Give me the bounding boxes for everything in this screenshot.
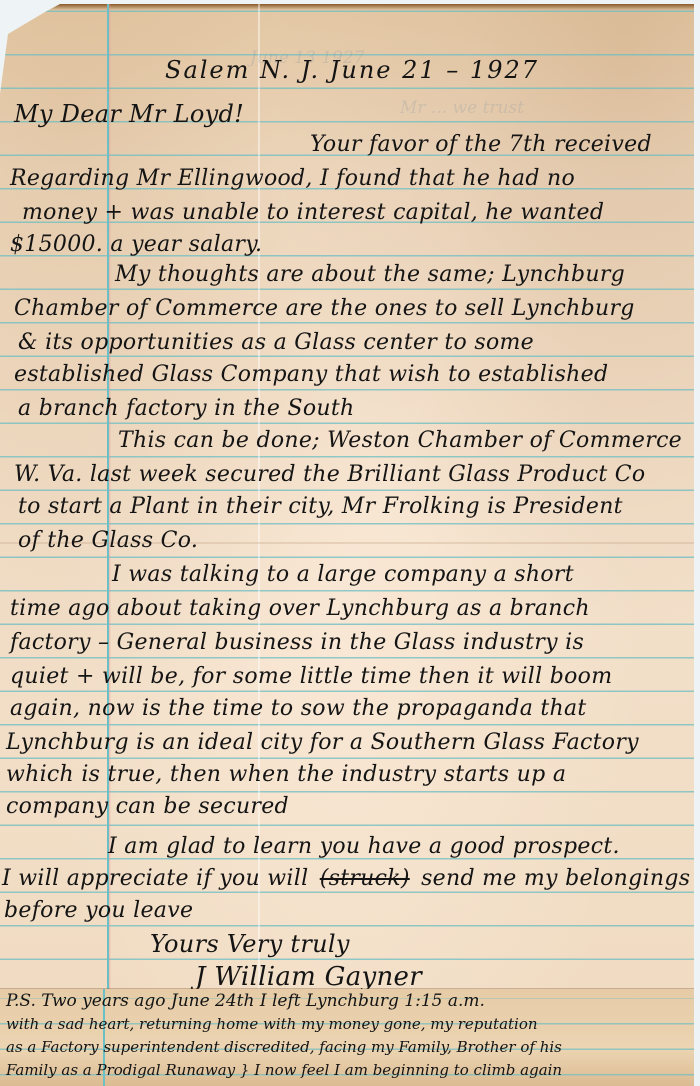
letter-line: before you leave [4, 898, 193, 923]
signature: J William Gayner [195, 962, 422, 992]
letter-line: again, now is the time to sow the propag… [10, 696, 587, 721]
bleed-through-text: Mr ... we trust [400, 98, 524, 118]
letter-line: $15000. a year salary. [10, 232, 262, 257]
letter-line: Lynchburg is an ideal city for a Souther… [6, 730, 639, 755]
letter-line: I will appreciate if you will (struck) s… [2, 866, 690, 891]
letter-line: I am glad to learn you have a good prosp… [108, 834, 620, 859]
letter-line: money + was unable to interest capital, … [22, 200, 604, 225]
struck-word: (struck) [320, 866, 410, 891]
letter-line: factory – General business in the Glass … [10, 630, 584, 655]
letter-line: a branch factory in the South [18, 396, 355, 421]
letter-line: which is true, then when the industry st… [6, 762, 566, 787]
salutation: My Dear Mr Loyd! [14, 100, 244, 128]
letter-line: of the Glass Co. [18, 528, 198, 553]
letter-line: Chamber of Commerce are the ones to sell… [14, 296, 635, 321]
letter-line: W. Va. last week secured the Brilliant G… [14, 462, 645, 487]
letter-line: & its opportunities as a Glass center to… [18, 330, 534, 355]
letter-line: I was talking to a large company a short [112, 562, 574, 587]
letter-line-start: I will appreciate if you will [2, 866, 308, 891]
postscript-line: with a sad heart, returning home with my… [6, 1015, 538, 1033]
letter-sheet: June 13 1927 Mr ... we trust Salem N. J.… [0, 4, 694, 1086]
postscript-line: Family as a Prodigal Runaway } I now fee… [6, 1061, 562, 1079]
postscript-strip: P.S. Two years ago June 24th I left Lync… [0, 989, 694, 1086]
letter-line: This can be done; Weston Chamber of Comm… [118, 428, 682, 453]
letter-line: company can be secured [6, 794, 289, 819]
letter-line: to start a Plant in their city, Mr Frolk… [18, 494, 623, 519]
letter-line: established Glass Company that wish to e… [14, 362, 608, 387]
letter-line: My thoughts are about the same; Lynchbur… [115, 262, 625, 287]
letter-line: quiet + will be, for some little time th… [10, 664, 612, 689]
postscript-line: as a Factory superintendent discredited,… [6, 1038, 562, 1056]
closing: Yours Very truly [150, 930, 350, 958]
place-date: Salem N. J. June 21 – 1927 [165, 56, 539, 84]
postscript-line: P.S. Two years ago June 24th I left Lync… [6, 991, 485, 1011]
letter-line-rest: send me my belongings [421, 866, 690, 891]
letter-line: time ago about taking over Lynchburg as … [10, 596, 590, 621]
letter-line: Regarding Mr Ellingwood, I found that he… [10, 166, 575, 191]
letter-line: Your favor of the 7th received [310, 132, 652, 157]
